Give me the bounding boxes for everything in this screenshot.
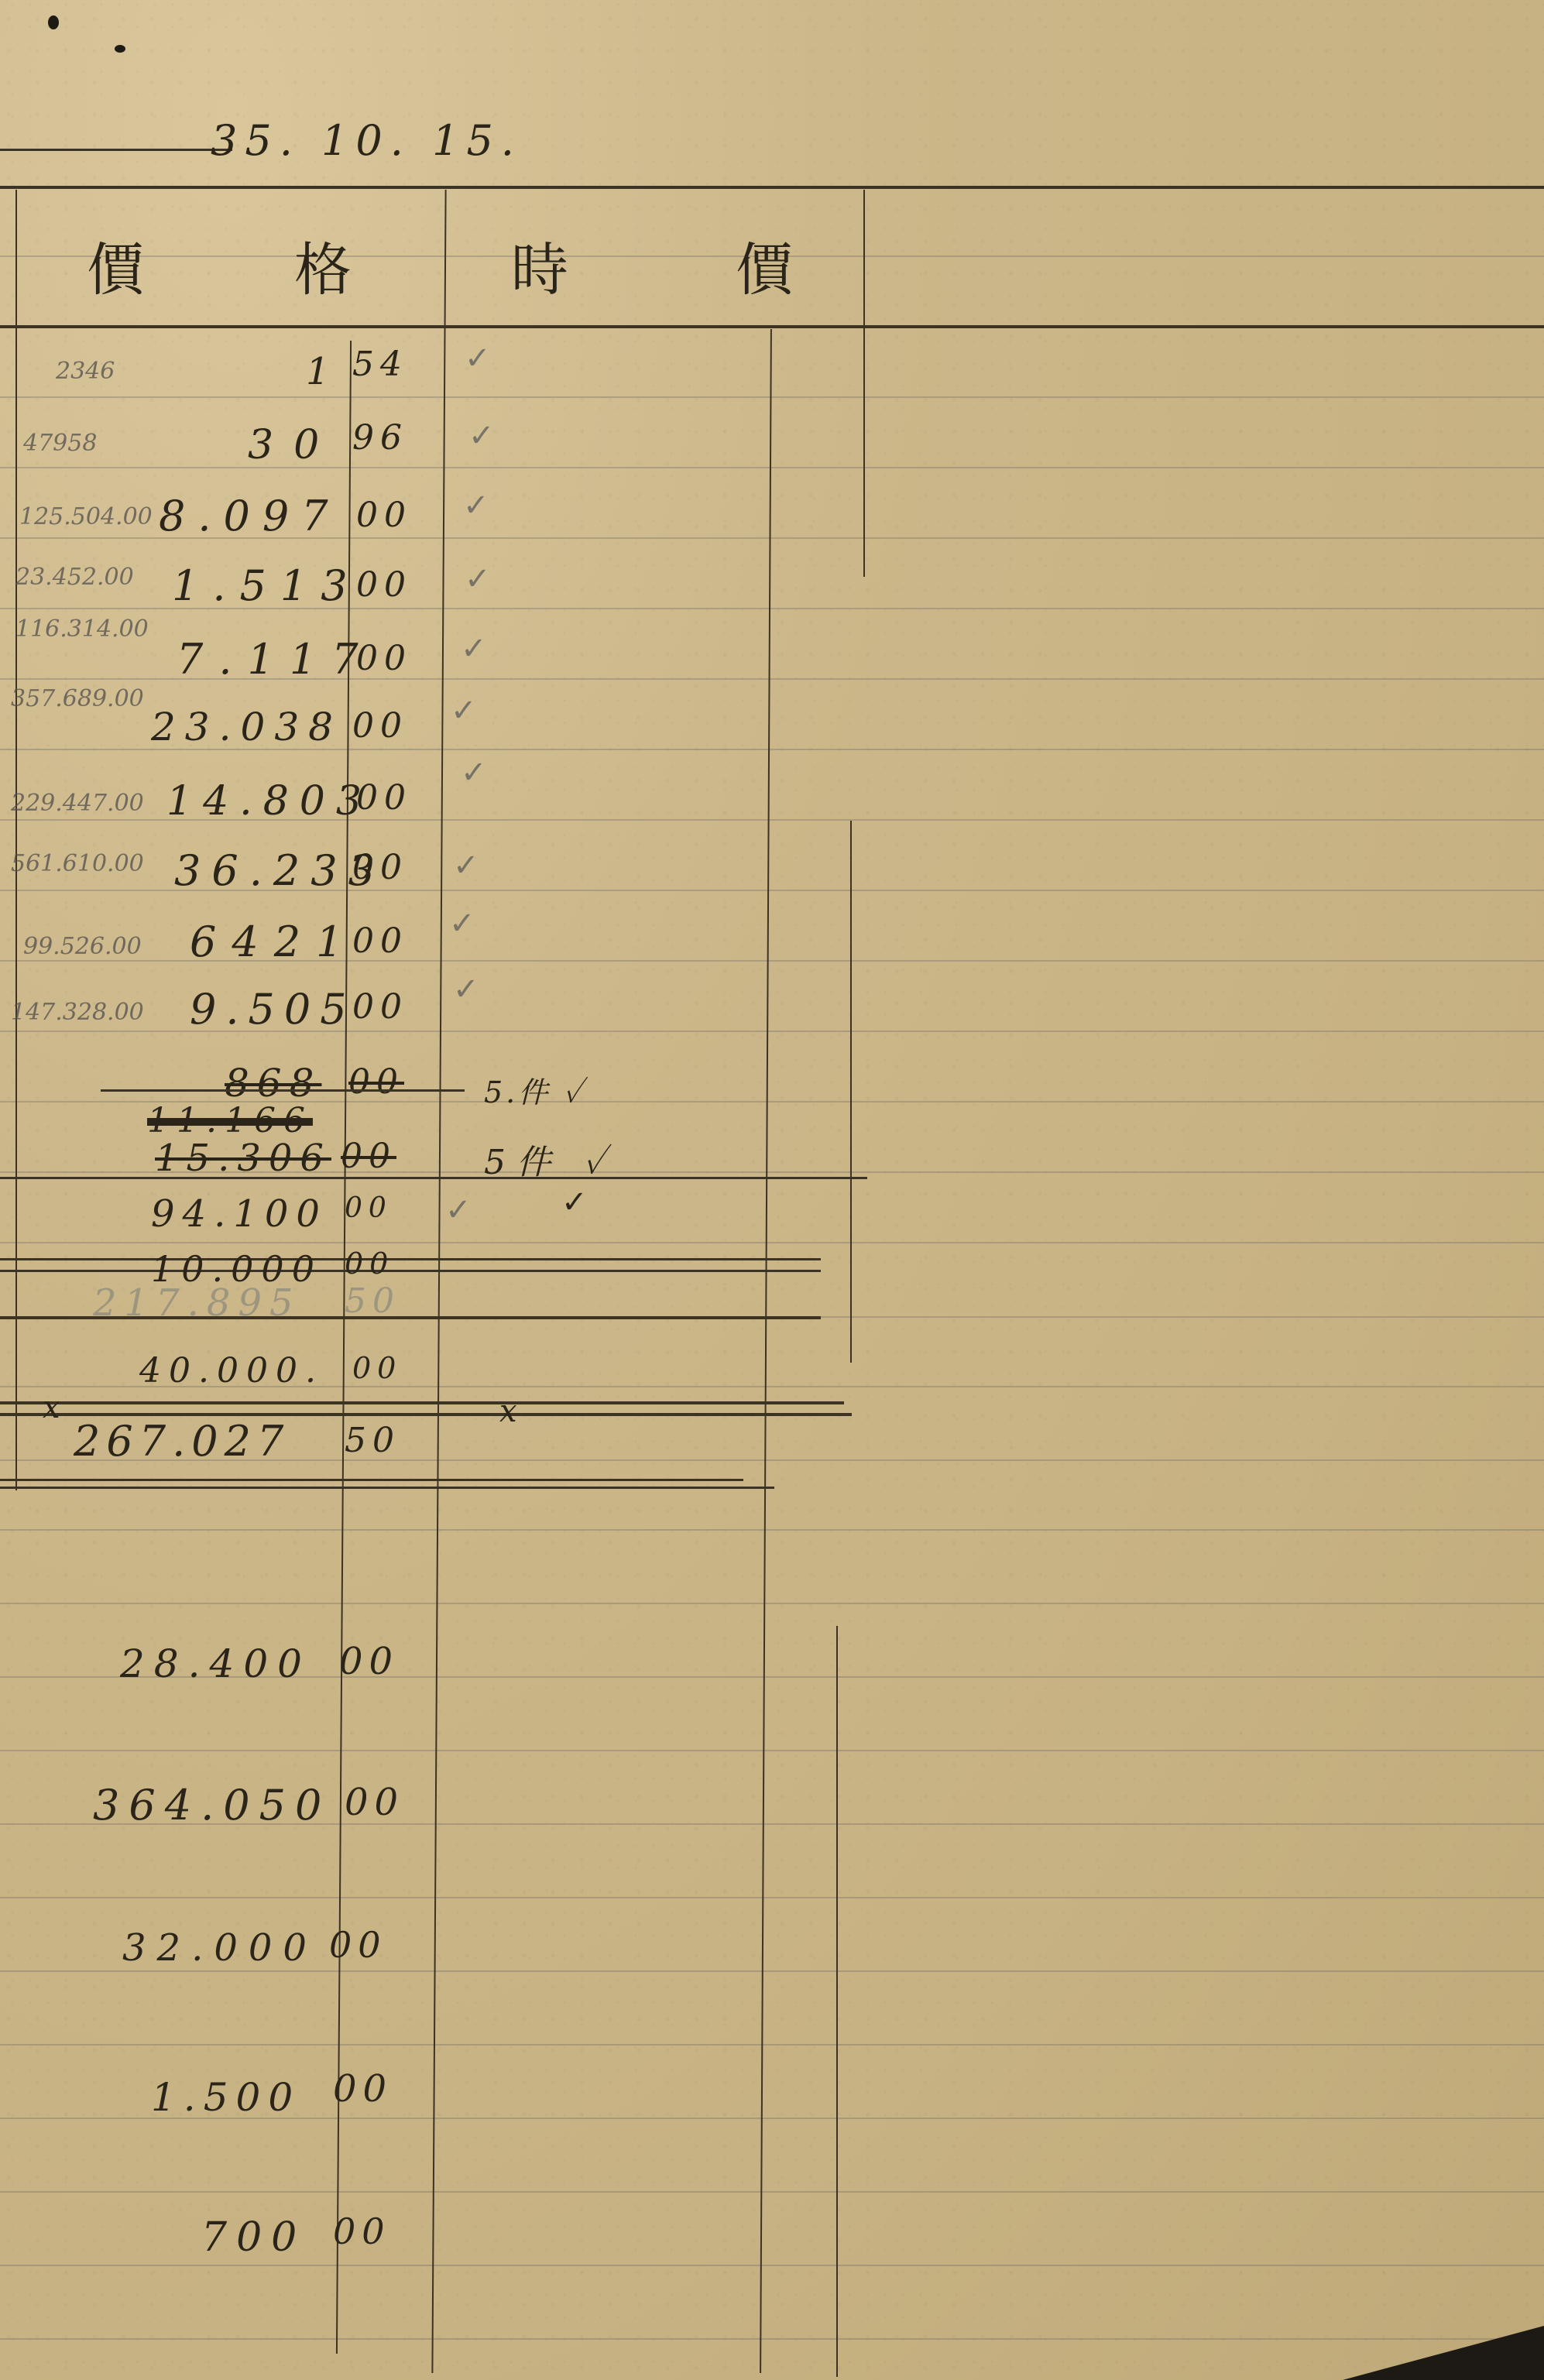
row-note: 357.689.00 xyxy=(11,685,144,712)
row-cents: 00 xyxy=(352,706,408,746)
market-price-divider xyxy=(760,329,772,2373)
total-right-marker: x xyxy=(499,1394,525,1429)
ink-smudge xyxy=(48,15,59,29)
struck-amount: 11.166 xyxy=(147,1101,313,1140)
row-amount: 14.803 xyxy=(166,778,372,825)
header-price-char-2: 格 xyxy=(294,225,352,307)
check-icon: ✓ xyxy=(463,488,489,523)
subtotal-cents: 00 xyxy=(345,1247,394,1281)
subtotal-cents: 00 xyxy=(352,1351,402,1385)
lower-cents: 00 xyxy=(333,2210,391,2252)
lower-amount: 1.500 xyxy=(151,2075,300,2120)
lower-cents: 00 xyxy=(329,1924,387,1966)
right-column-divider-mid xyxy=(850,821,852,1363)
closing-rule-a xyxy=(0,1479,743,1481)
row-amount: 1 xyxy=(306,350,338,393)
page-corner-shadow xyxy=(1343,2326,1544,2380)
row-cents: 00 xyxy=(352,987,408,1027)
row-note: 99.526.00 xyxy=(23,933,142,960)
row-amount: 7.117 xyxy=(177,635,374,684)
row-note: 23.452.00 xyxy=(15,564,134,591)
header-price-char-1: 價 xyxy=(87,225,144,307)
struck-cents: 00 xyxy=(341,1137,396,1176)
total-left-marker: x xyxy=(43,1390,68,1425)
lower-amount: 364.050 xyxy=(93,1781,331,1830)
right-column-divider-top xyxy=(863,190,865,577)
check-icon: ✓ xyxy=(449,906,475,941)
struck-side-note: 5.件 ✓ xyxy=(484,1068,585,1111)
lower-cents: 00 xyxy=(339,1640,399,1683)
row-cents: 00 xyxy=(356,778,412,818)
lower-cents: 00 xyxy=(345,1781,404,1824)
paper-texture xyxy=(0,0,1544,2380)
row-cents: 00 xyxy=(356,639,412,678)
row-amount: 8.097 xyxy=(159,492,341,540)
row-cents: 00 xyxy=(352,921,408,961)
total-rule-a xyxy=(0,1401,844,1404)
header-market-char-1: 時 xyxy=(511,225,568,307)
lower-cents: 00 xyxy=(333,2067,393,2111)
row-amount: 1.513 xyxy=(172,561,362,610)
row-cents: 96 xyxy=(352,418,408,458)
row-note: 229.447.00 xyxy=(11,790,144,817)
header-bottom-rule xyxy=(0,325,1544,328)
check-icon: ✓ xyxy=(453,848,479,883)
lower-amount: 700 xyxy=(201,2214,306,2261)
struck-amount: 868 xyxy=(225,1061,321,1106)
left-border xyxy=(15,190,17,1490)
row-note: 147.328.00 xyxy=(11,999,144,1026)
check-icon: ✓ xyxy=(451,693,477,729)
right-column-divider-low xyxy=(836,1626,838,2377)
closing-rule-b xyxy=(0,1487,774,1489)
row-note: 561.610.00 xyxy=(11,850,144,877)
total-rule-b xyxy=(0,1413,852,1416)
faded-subtotal-amount: 217.895 xyxy=(93,1281,301,1325)
row-cents: 54 xyxy=(352,345,408,384)
check-icon: ✓ xyxy=(445,1192,472,1228)
row-amount: 23.038 xyxy=(151,705,342,749)
check-icon: ✓ xyxy=(465,561,491,597)
date-rule xyxy=(0,149,232,151)
double-rule-b xyxy=(0,1270,821,1272)
row-note: 47958 xyxy=(23,430,97,457)
struck-cents: 00 xyxy=(348,1062,404,1102)
check-icon: ✓ xyxy=(461,755,487,790)
check-icon: ✓ xyxy=(461,631,487,667)
header-market-char-2: 價 xyxy=(736,225,793,307)
row-note: 116.314.00 xyxy=(15,616,149,643)
lower-amount: 32.000 xyxy=(122,1926,317,1970)
faded-subtotal-cents: 50 xyxy=(345,1281,400,1321)
total-cents: 50 xyxy=(345,1421,400,1460)
lower-amount: 28.400 xyxy=(120,1641,311,1686)
header-top-rule xyxy=(0,186,1544,189)
row-cents: 00 xyxy=(352,848,408,887)
ledger-date: 35. 10. 15. xyxy=(211,116,522,165)
row-cents: 00 xyxy=(356,496,412,535)
subtotal-rule xyxy=(0,1177,867,1179)
subtotal-amount: 40.000. xyxy=(139,1351,324,1391)
ink-smudge xyxy=(115,45,125,53)
row-amount: 30 xyxy=(248,422,339,468)
subtotal-cents: 00 xyxy=(345,1192,393,1224)
check-icon: ✓ xyxy=(561,1185,588,1220)
struck-amount: 15.306 xyxy=(155,1137,331,1180)
check-icon: ✓ xyxy=(465,341,491,376)
row-note: 2346 xyxy=(56,358,115,385)
double-rule-a xyxy=(0,1258,821,1260)
struck-side-note: 5件 ✓ xyxy=(484,1134,616,1184)
subtotal-amount: 94.100 xyxy=(151,1192,328,1236)
check-icon: ✓ xyxy=(453,972,479,1007)
total-amount: 267.027 xyxy=(74,1417,290,1466)
row-amount: 6421 xyxy=(190,917,358,966)
check-icon: ✓ xyxy=(468,418,495,454)
row-amount: 9.505 xyxy=(190,985,356,1034)
row-cents: 00 xyxy=(356,565,412,605)
row-note: 125.504.00 xyxy=(19,503,153,530)
struck-side-rule xyxy=(101,1089,465,1092)
